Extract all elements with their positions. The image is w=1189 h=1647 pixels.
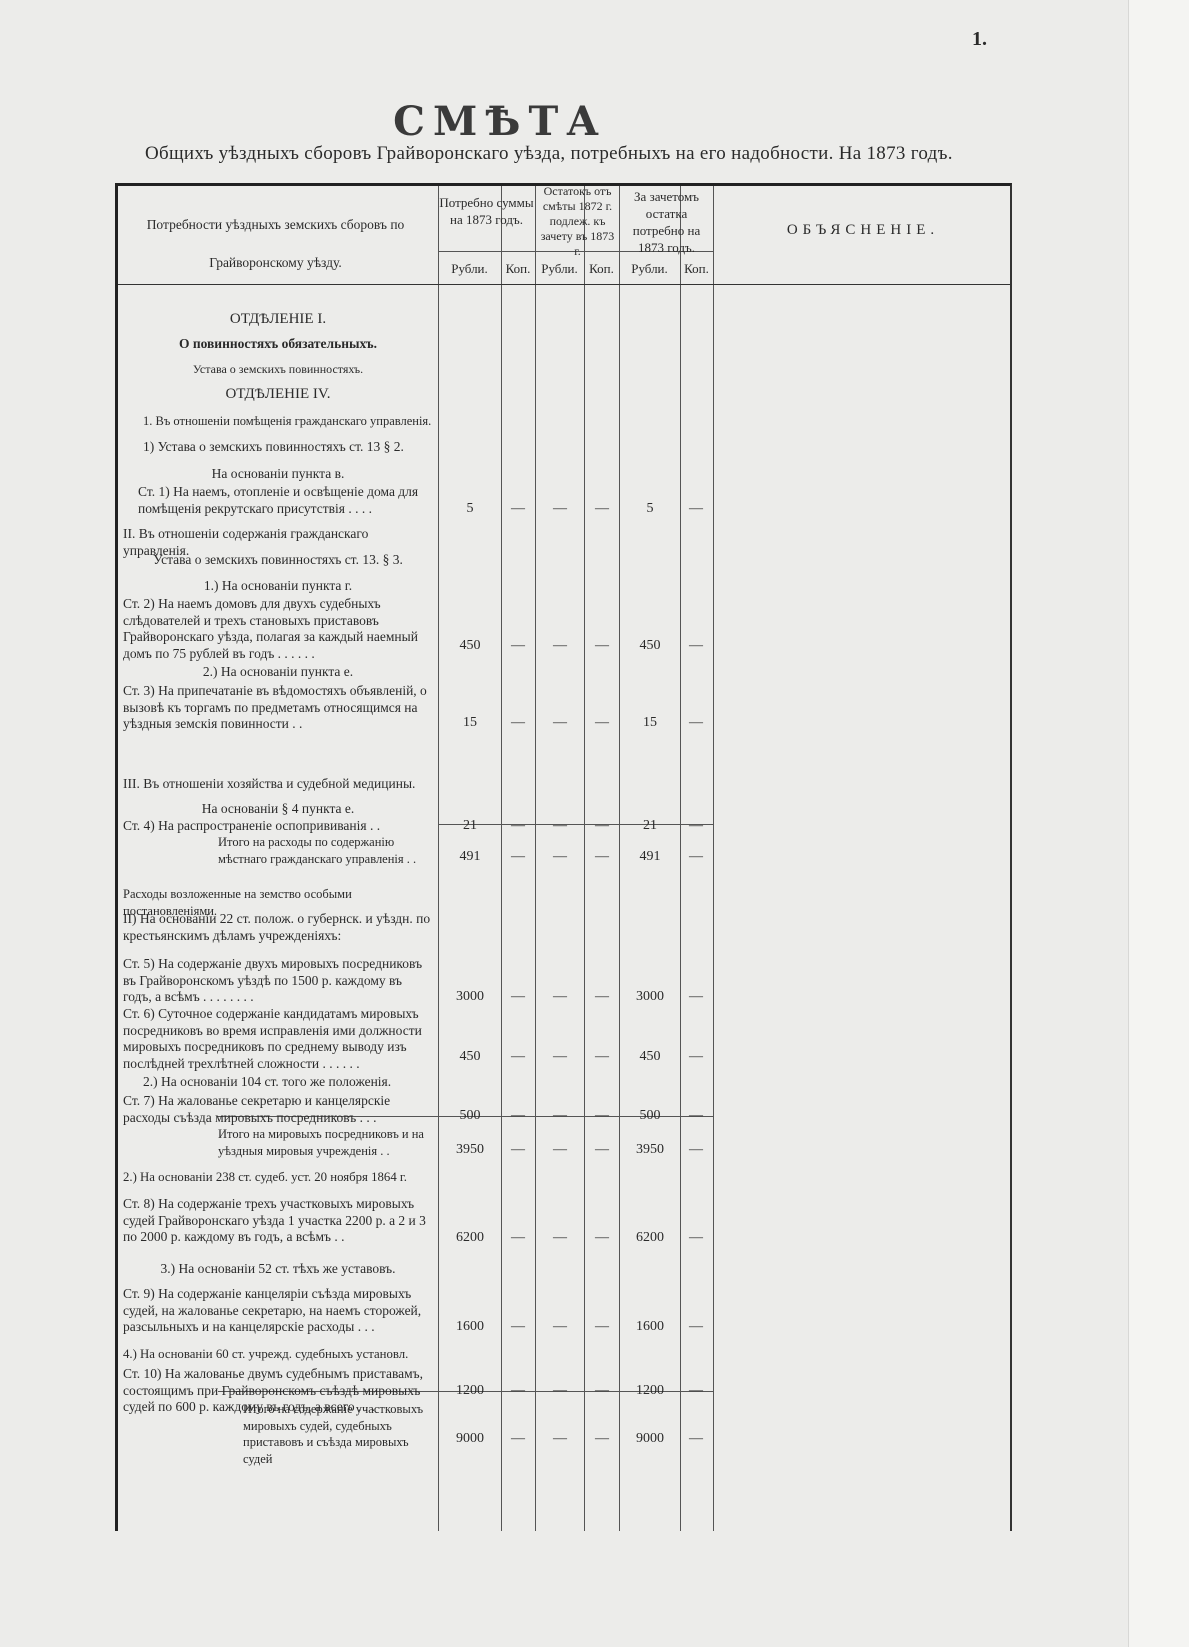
value-after-rub: 3000 bbox=[620, 989, 680, 1005]
section-heading: 1. Въ отношеніи помѣщенія гражданскаго у… bbox=[143, 413, 438, 430]
table-row: Ст. 5) На содержаніе двухъ мировыхъ поср… bbox=[123, 956, 433, 1006]
section-heading: Устава о земскихъ повинностяхъ. bbox=[123, 361, 433, 378]
value-remainder-kop: — bbox=[582, 1230, 622, 1246]
budget-table: Потребности уѣздныхъ земскихъ сборовъ по… bbox=[115, 183, 1012, 1531]
value-required-kop: — bbox=[498, 818, 538, 834]
value-remainder-rub: — bbox=[540, 989, 580, 1005]
value-after-kop: — bbox=[676, 1230, 716, 1246]
value-remainder-rub: — bbox=[540, 1431, 580, 1447]
value-remainder-rub: — bbox=[540, 638, 580, 654]
table-row: Ст. 3) На припечатаніе въ вѣдомостяхъ об… bbox=[123, 683, 433, 733]
section-heading: 3.) На основаніи 52 ст. тѣхъ же уставовъ… bbox=[123, 1261, 433, 1278]
header-required-sum: Потребно суммы на 1873 годъ. bbox=[438, 194, 535, 228]
value-required-kop: — bbox=[498, 638, 538, 654]
header-after-credit: За зачетомъ остатка потребно на 1873 год… bbox=[620, 188, 713, 256]
section-heading: Устава о земскихъ повинностяхъ ст. 13. §… bbox=[123, 552, 433, 569]
value-required-rub: 450 bbox=[440, 638, 500, 654]
header-needs: Потребности уѣздныхъ земскихъ сборовъ по… bbox=[123, 206, 428, 282]
section-heading: 1.) На основаніи пункта г. bbox=[123, 578, 433, 595]
value-after-kop: — bbox=[676, 1108, 716, 1124]
section-heading: О повинностяхъ обязательныхъ. bbox=[123, 336, 433, 353]
value-remainder-kop: — bbox=[582, 1319, 622, 1335]
section-heading: 2.) На основаніи пункта е. bbox=[123, 664, 433, 681]
value-after-kop: — bbox=[676, 1319, 716, 1335]
section-heading: 2.) На основаніи 238 ст. судеб. уст. 20 … bbox=[123, 1169, 438, 1186]
value-after-rub: 450 bbox=[620, 1049, 680, 1065]
value-required-kop: — bbox=[498, 1108, 538, 1124]
value-after-rub: 5 bbox=[620, 501, 680, 517]
value-required-kop: — bbox=[498, 989, 538, 1005]
value-remainder-kop: — bbox=[582, 715, 622, 731]
value-after-rub: 491 bbox=[620, 849, 680, 865]
value-required-rub: 450 bbox=[440, 1049, 500, 1065]
value-remainder-rub: — bbox=[540, 1108, 580, 1124]
value-after-kop: — bbox=[676, 989, 716, 1005]
document-subtitle: Общихъ уѣздныхъ сборовъ Грайворонскаго у… bbox=[145, 143, 953, 165]
value-remainder-kop: — bbox=[582, 1108, 622, 1124]
value-required-rub: 491 bbox=[440, 849, 500, 865]
value-required-rub: 500 bbox=[440, 1108, 500, 1124]
header-remainder: Остатокъ отъ смѣты 1872 г. подлеж. къ за… bbox=[536, 184, 619, 259]
value-required-kop: — bbox=[498, 1230, 538, 1246]
section-heading: 2.) На основаніи 104 ст. того же положен… bbox=[143, 1074, 433, 1091]
table-row: Ст. 6) Суточное содержаніе кандидатамъ м… bbox=[123, 1006, 433, 1072]
value-after-kop: — bbox=[676, 818, 716, 834]
adjacent-page-edge bbox=[1128, 0, 1189, 1647]
table-row: Ст. 7) На жалованье секретарю и канцеляр… bbox=[123, 1093, 433, 1126]
table-row: Ст. 9) На содержаніе канцеляріи съѣзда м… bbox=[123, 1286, 433, 1336]
value-after-kop: — bbox=[676, 638, 716, 654]
header-rub-2: Рубли. bbox=[535, 260, 584, 277]
table-row: Ст. 2) На наемъ домовъ для двухъ судебны… bbox=[123, 596, 433, 662]
value-after-rub: 3950 bbox=[620, 1142, 680, 1158]
value-after-rub: 9000 bbox=[620, 1431, 680, 1447]
value-required-kop: — bbox=[498, 1383, 538, 1399]
header-explanation: ОБЪЯСНЕНІЕ. bbox=[718, 222, 1008, 239]
value-after-kop: — bbox=[676, 849, 716, 865]
header-kop-3: Коп. bbox=[680, 260, 713, 277]
value-remainder-rub: — bbox=[540, 501, 580, 517]
table-row: Ст. 1) На наемъ, отопленіе и освѣщеніе д… bbox=[138, 484, 433, 517]
value-remainder-kop: — bbox=[582, 849, 622, 865]
value-after-rub: 500 bbox=[620, 1108, 680, 1124]
value-required-kop: — bbox=[498, 501, 538, 517]
value-required-rub: 9000 bbox=[440, 1431, 500, 1447]
value-remainder-kop: — bbox=[582, 818, 622, 834]
value-remainder-rub: — bbox=[540, 715, 580, 731]
section-heading: 4.) На основаніи 60 ст. учрежд. судебных… bbox=[123, 1346, 438, 1363]
value-remainder-rub: — bbox=[540, 1049, 580, 1065]
total-row: Итого на мировыхъ посредниковъ и на уѣзд… bbox=[218, 1126, 428, 1159]
section-heading: ОТДѢЛЕНІЕ I. bbox=[123, 311, 433, 328]
value-required-rub: 3000 bbox=[440, 989, 500, 1005]
table-row: Ст. 8) На содержаніе трехъ участковыхъ м… bbox=[123, 1196, 433, 1246]
value-remainder-kop: — bbox=[582, 1431, 622, 1447]
value-after-kop: — bbox=[676, 501, 716, 517]
value-required-rub: 6200 bbox=[440, 1230, 500, 1246]
value-after-rub: 1200 bbox=[620, 1383, 680, 1399]
value-after-rub: 15 bbox=[620, 715, 680, 731]
value-remainder-kop: — bbox=[582, 1049, 622, 1065]
table-row: Ст. 4) На распространеніе оспопрививанія… bbox=[123, 818, 433, 835]
value-after-rub: 450 bbox=[620, 638, 680, 654]
value-remainder-rub: — bbox=[540, 818, 580, 834]
value-after-kop: — bbox=[676, 1383, 716, 1399]
value-required-kop: — bbox=[498, 849, 538, 865]
header-rub-1: Рубли. bbox=[438, 260, 501, 277]
value-remainder-rub: — bbox=[540, 1230, 580, 1246]
value-after-rub: 6200 bbox=[620, 1230, 680, 1246]
header-rub-3: Рубли. bbox=[619, 260, 680, 277]
value-required-kop: — bbox=[498, 1049, 538, 1065]
section-heading: ОТДѢЛЕНІЕ IV. bbox=[123, 386, 433, 403]
section-heading: 1) Устава о земскихъ повинностяхъ ст. 13… bbox=[143, 439, 438, 456]
header-kop-1: Коп. bbox=[501, 260, 535, 277]
value-remainder-rub: — bbox=[540, 849, 580, 865]
total-row: Итого на расходы по содержанію мѣстнаго … bbox=[218, 834, 428, 867]
value-required-kop: — bbox=[498, 1319, 538, 1335]
value-remainder-kop: — bbox=[582, 1142, 622, 1158]
value-remainder-kop: — bbox=[582, 638, 622, 654]
section-heading: На основаніи пункта в. bbox=[123, 466, 433, 483]
value-required-rub: 15 bbox=[440, 715, 500, 731]
value-after-rub: 1600 bbox=[620, 1319, 680, 1335]
value-remainder-rub: — bbox=[540, 1142, 580, 1158]
value-after-kop: — bbox=[676, 1049, 716, 1065]
value-required-kop: — bbox=[498, 715, 538, 731]
value-remainder-rub: — bbox=[540, 1319, 580, 1335]
value-required-rub: 3950 bbox=[440, 1142, 500, 1158]
value-required-rub: 1200 bbox=[440, 1383, 500, 1399]
section-heading: III. Въ отношеніи хозяйства и судебной м… bbox=[123, 776, 433, 793]
header-kop-2: Коп. bbox=[584, 260, 619, 277]
value-required-rub: 1600 bbox=[440, 1319, 500, 1335]
value-remainder-kop: — bbox=[582, 989, 622, 1005]
document-title: СМѢТА bbox=[0, 98, 1000, 145]
value-remainder-kop: — bbox=[582, 1383, 622, 1399]
total-row: Итого на содержаніе участковыхъ мировыхъ… bbox=[243, 1401, 433, 1467]
value-after-kop: — bbox=[676, 1142, 716, 1158]
value-after-rub: 21 bbox=[620, 818, 680, 834]
value-after-kop: — bbox=[676, 715, 716, 731]
value-required-rub: 5 bbox=[440, 501, 500, 517]
value-required-rub: 21 bbox=[440, 818, 500, 834]
value-after-kop: — bbox=[676, 1431, 716, 1447]
value-remainder-rub: — bbox=[540, 1383, 580, 1399]
value-remainder-kop: — bbox=[582, 501, 622, 517]
value-required-kop: — bbox=[498, 1431, 538, 1447]
value-required-kop: — bbox=[498, 1142, 538, 1158]
section-heading: На основаніи § 4 пункта е. bbox=[123, 801, 433, 818]
page-number: 1. bbox=[972, 28, 987, 51]
section-heading: II) На основаніи 22 ст. полож. о губернс… bbox=[123, 911, 433, 944]
